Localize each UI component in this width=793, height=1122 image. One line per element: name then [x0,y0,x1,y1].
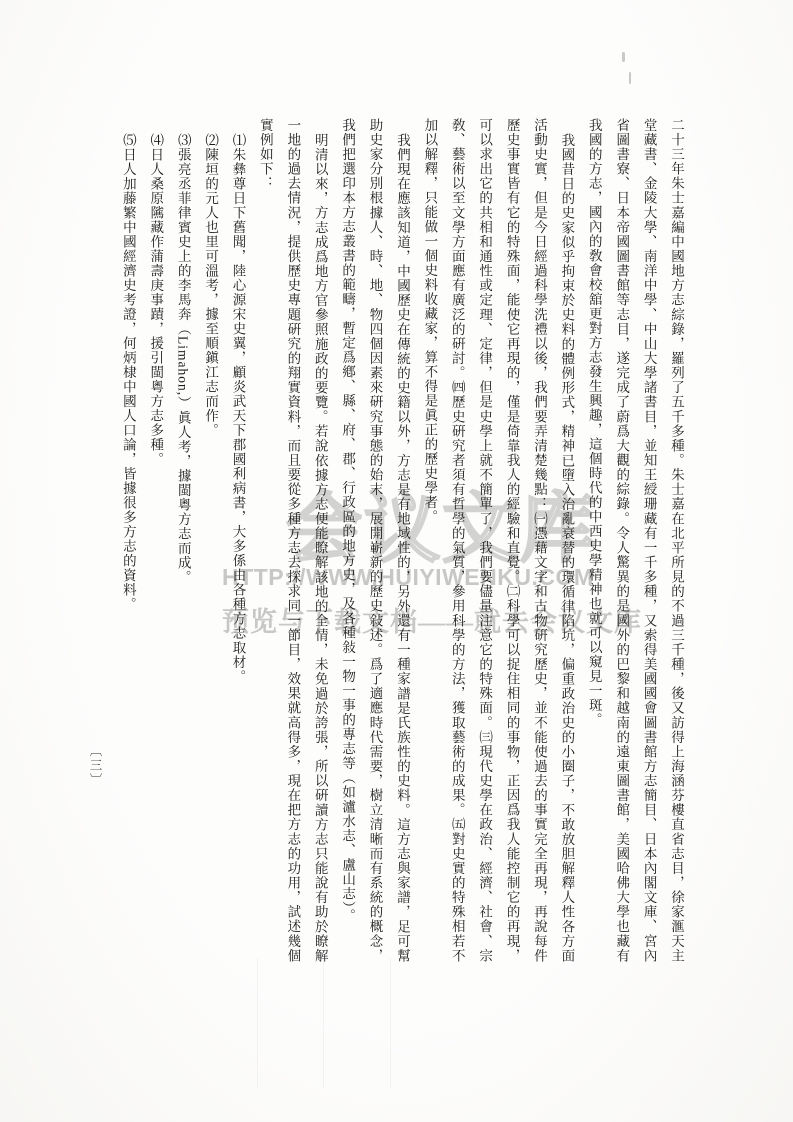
text-block: 二十三年朱士嘉編中國地方志綜錄，羅列了五千多種。朱士嘉在北平所見的不過三千種，後… [114,118,690,963]
list-item-paragraph: ⑸日人加藤繁中國經濟史考證，何炳棣中國人口論，皆據很多方志的資料。 [114,118,141,963]
scan-guide-line [390,958,391,1088]
paragraph: 我國昔日的史家似乎拘束於史料的體例形式，精神已墮入治亂衰替的環循律陷坑，偏重政治… [416,118,580,963]
paragraph: 二十三年朱士嘉編中國地方志綜錄，羅列了五千多種。朱士嘉在北平所見的不過三千種，後… [580,118,690,963]
list-item-paragraph: ⑴朱彝尊日下舊聞，陸心源宋史翼，顧炎武天下郡國利病書，大多係由各種方志取材。 [224,118,251,963]
scan-guide-line [257,958,258,1088]
paragraph: 明清以來，方志成爲地方官參照施政的要覽。若說依據方志便能瞭解該地的全情，未免過於… [252,118,334,963]
book-page-scan: 会议文库 HTTP://WWW.HUIYIWENKU.COM 预览与下载文档——… [0,0,793,1122]
scan-guide-line [323,958,324,1088]
scan-speck [629,72,631,84]
page-number: 〔三〕 [86,744,104,788]
list-item-paragraph: ⑷日人桑原隲藏作蒲壽庚事蹟，援引閩粵方志多種。 [142,118,169,963]
paragraph: 我們現在應該知道，中國歷史在傳統的史籍以外，方志是有地域性的，另外還有一種家譜是… [334,118,416,963]
scan-speck [622,52,625,62]
list-item-paragraph: ⑶張亮丞菲律賓史上的李馬奔（Limahon,）眞人考，據閩粵方志而成。 [169,118,196,963]
list-item-paragraph: ⑵陳垣的元人也里可溫考，據至順鎭江志而作。 [197,118,224,963]
